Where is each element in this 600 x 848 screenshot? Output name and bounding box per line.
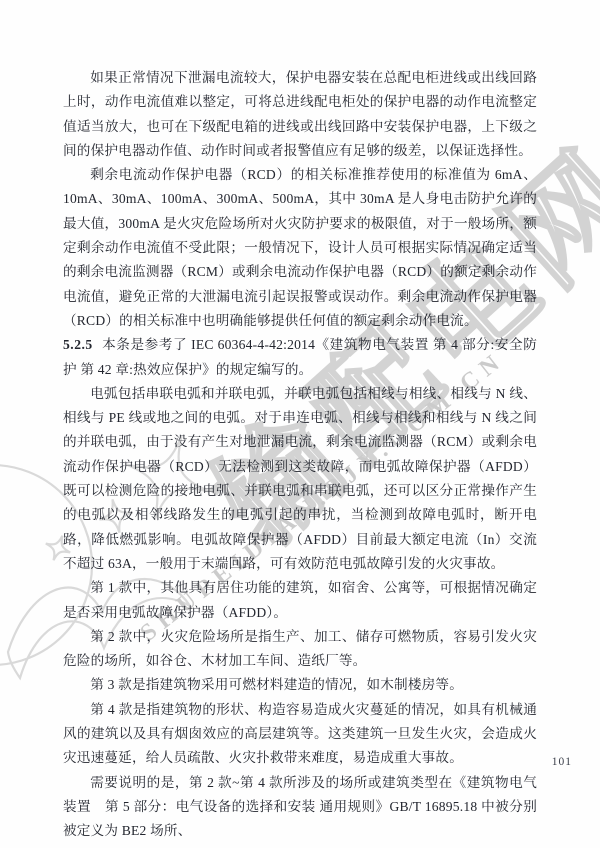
document-page: 输配电网 SHUPEIDIAN.BJX.COM.CN 如果正常情况下泄漏电流较大…	[0, 0, 600, 848]
paragraph-rcd-standard-values: 剩余电流动作保护电器（RCD）的相关标准推荐使用的标准值为 6mA、10mA、3…	[63, 163, 537, 333]
clause-5-2-5: 5.2.5本条是参考了 IEC 60364-4-42:2014《建筑物电气装置 …	[63, 333, 537, 382]
paragraph-note: 需要说明的是，第 2 款~第 4 款所涉及的场所或建筑类型在《建筑物电气装置 第…	[63, 771, 537, 844]
clause-text: 本条是参考了 IEC 60364-4-42:2014《建筑物电气装置 第 4 部…	[63, 337, 537, 376]
page-number: 101	[552, 756, 572, 768]
paragraph-item-1: 第 1 款中，其他具有居住功能的建筑，如宿舍、公寓等，可根据情况确定是否采用电弧…	[63, 576, 537, 625]
paragraph-arc-types: 电弧包括串联电弧和并联电弧，并联电弧包括相线与相线、相线与 N 线、相线与 PE…	[63, 382, 537, 576]
clause-number: 5.2.5	[63, 337, 93, 352]
page-content: 如果正常情况下泄漏电流较大，保护电器安装在总配电柜进线或出线回路上时，动作电流值…	[63, 66, 537, 844]
paragraph-leakage-current: 如果正常情况下泄漏电流较大，保护电器安装在总配电柜进线或出线回路上时，动作电流值…	[63, 66, 537, 163]
paragraph-item-3: 第 3 款是指建筑物采用可燃材料建造的情况，如木制楼房等。	[63, 673, 537, 697]
paragraph-item-2: 第 2 款中，火灾危险场所是指生产、加工、储存可燃物质，容易引发火灾危险的场所，…	[63, 625, 537, 674]
paragraph-item-4: 第 4 款是指建筑物的形状、构造容易造成火灾蔓延的情况，如具有机械通风的建筑以及…	[63, 698, 537, 771]
